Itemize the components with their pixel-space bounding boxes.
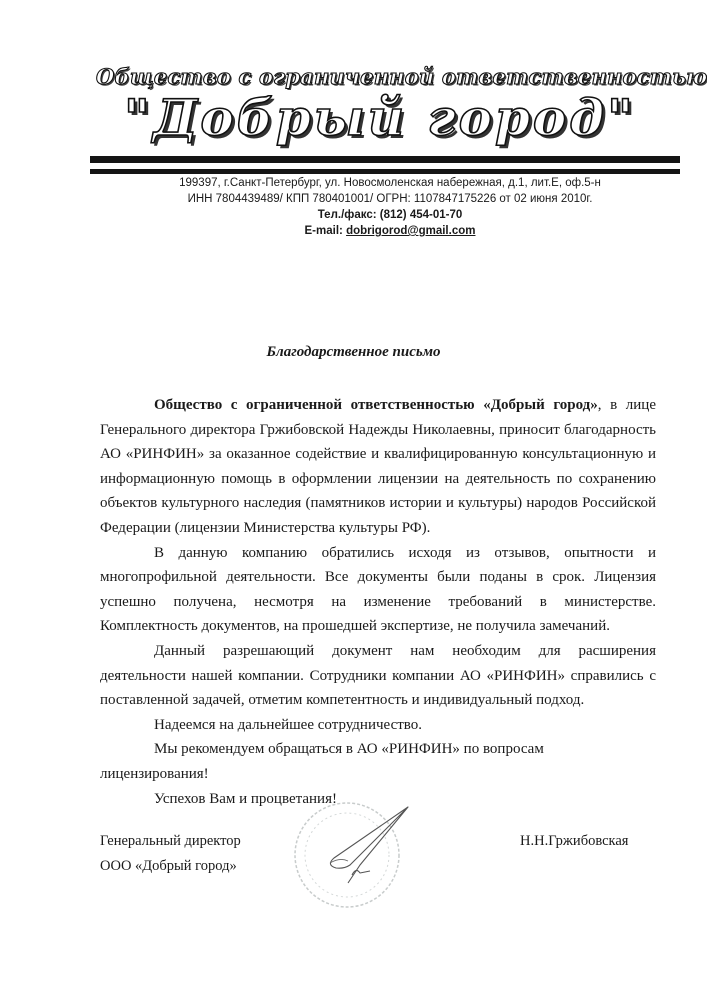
address: 199397, г.Санкт-Петербург, ул. Новосмоле… — [140, 175, 640, 191]
phone-label: Тел./факс: — [318, 209, 377, 221]
phone-number: (812) 454-01-70 — [380, 209, 462, 221]
paragraph-1: Общество с ограниченной ответственностью… — [100, 393, 656, 541]
signatory-block: Генеральный директор ООО «Добрый город» — [100, 829, 241, 879]
letterhead-divider-thin — [90, 169, 680, 174]
letterhead-company-type: Общество с ограниченной ответственностью — [96, 64, 656, 89]
document-title: Благодарственное письмо — [0, 344, 707, 361]
paragraph-5: Мы рекомендуем обращаться в АО «РИНФИН» … — [100, 737, 656, 786]
paragraph-1-text: , в лице Генерального директора Гржибовс… — [100, 397, 656, 536]
signatory-company: ООО «Добрый город» — [100, 854, 241, 879]
phone-line: Тел./факс: (812) 454-01-70 — [140, 207, 640, 223]
paragraph-4: Надеемся на дальнейшее сотрудничество. — [100, 713, 656, 738]
email-link[interactable]: dobrigorod@gmail.com — [346, 225, 475, 237]
signatory-name: Н.Н.Гржибовская — [520, 829, 628, 854]
email-label: E-mail: — [305, 225, 343, 237]
letterhead-company-name: "Добрый город" — [90, 88, 670, 147]
signatory-position: Генеральный директор — [100, 829, 241, 854]
letterhead-contacts: 199397, г.Санкт-Петербург, ул. Новосмоле… — [140, 175, 640, 239]
stamp-and-signature-icon — [290, 795, 410, 915]
letterhead-divider-thick — [90, 156, 680, 163]
paragraph-3: Данный разрешающий документ нам необходи… — [100, 639, 656, 713]
email-line: E-mail: dobrigorod@gmail.com — [140, 223, 640, 239]
registration-numbers: ИНН 7804439489/ КПП 780401001/ ОГРН: 110… — [140, 191, 640, 207]
letter-body: Общество с ограниченной ответственностью… — [100, 393, 656, 811]
paragraph-1-bold: Общество с ограниченной ответственностью… — [154, 397, 598, 413]
paragraph-2: В данную компанию обратились исходя из о… — [100, 541, 656, 639]
